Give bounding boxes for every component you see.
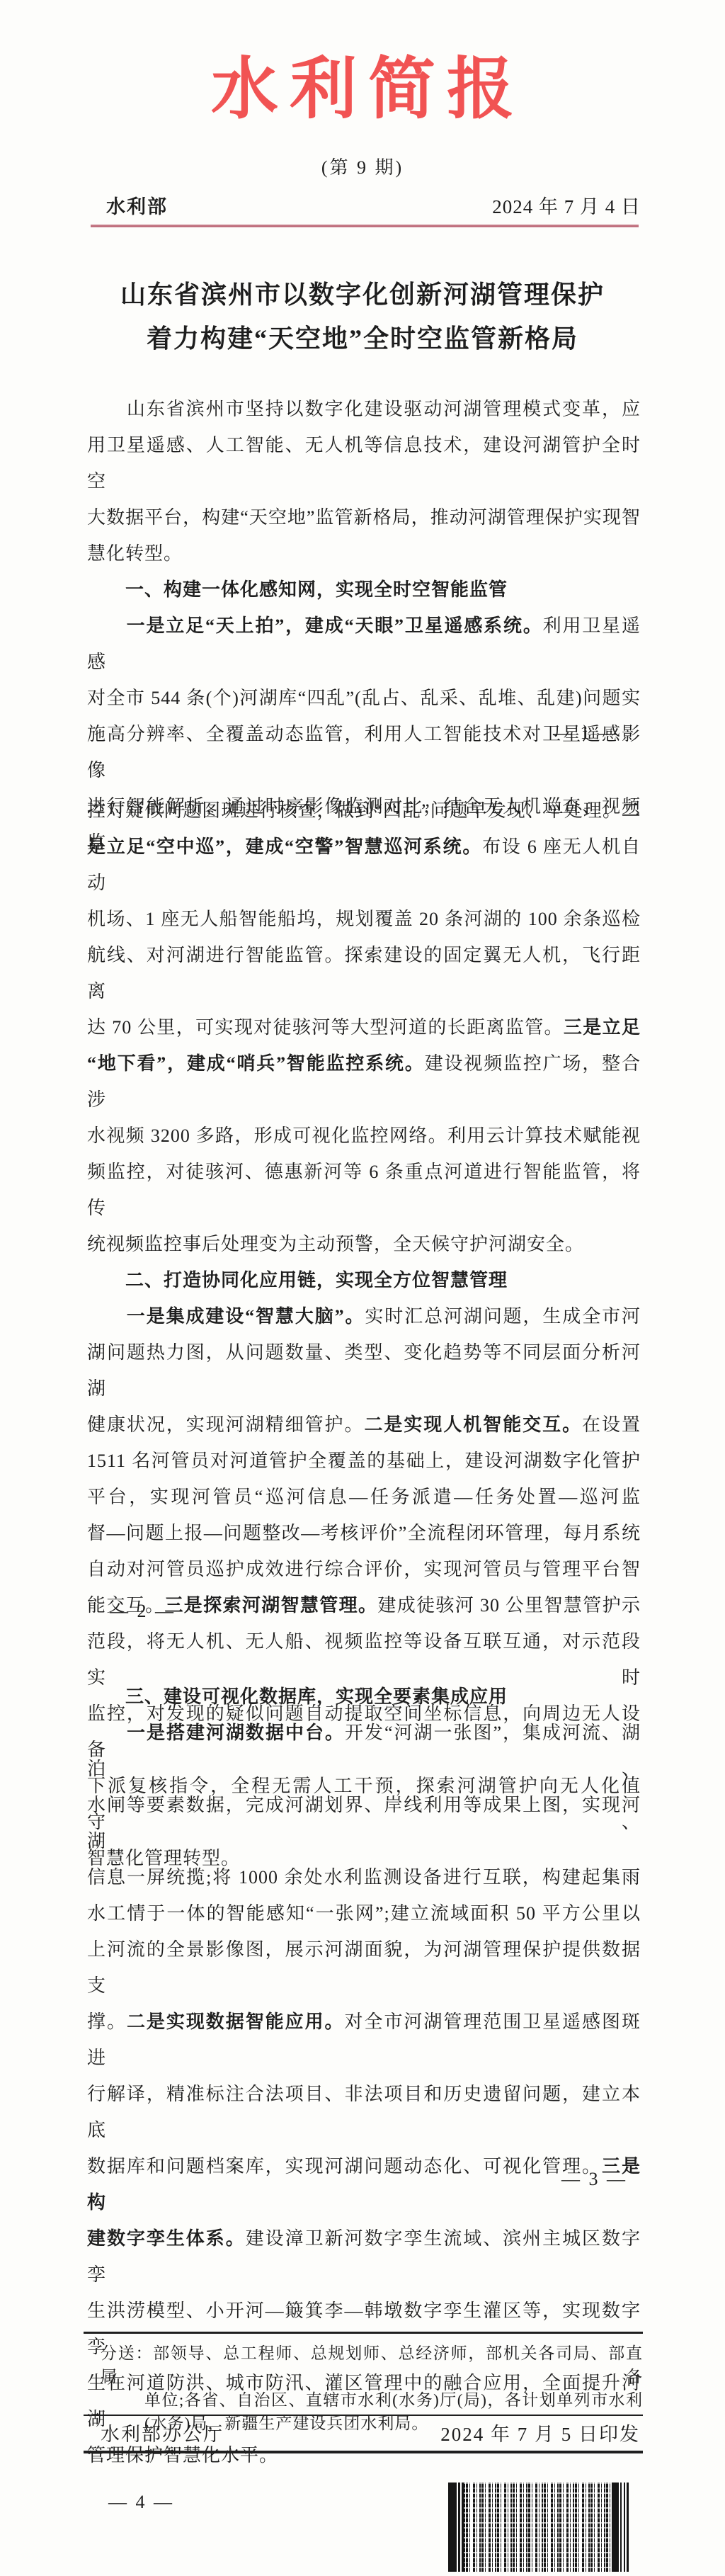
text-line: 数据库和问题档案库，实现河湖问题动态化、可视化管理。三是构 [87, 2148, 641, 2220]
text-line: 统视频监控事后处理变为主动预警，全天候守护河湖安全。 [87, 1226, 641, 1262]
footer-box-middle-line [84, 2415, 643, 2416]
text-line: 三、建设可视化数据库，实现全要素集成应用 [87, 1679, 641, 1715]
distribution-list: 分送：部领导、总工程师、总规划师、总经济师，部机关各司局、部直属各单位;各省、自… [101, 2342, 643, 2435]
text-line: 是立足“空中巡”，建成“空警”智慧巡河系统。布设 6 座无人机自动 [87, 829, 641, 901]
page-number-2: — 2 — [110, 1601, 176, 1622]
text-run: 在设置 [582, 1414, 641, 1435]
article-title-line-2: 着力构建“天空地”全时空监管新格局 [0, 317, 725, 361]
page-1-body-text: 山东省滨州市坚持以数字化建设驱动河湖管理模式变革，应用卫星遥感、人工智能、无人机… [87, 391, 641, 861]
page-number-1: — 1 — [553, 722, 619, 744]
barcode-start-pattern [448, 2483, 464, 2572]
issue-date: 2024 年 7 月 4 日 [492, 191, 641, 219]
bold-text-run: 一、构建一体化感知网，实现全时空智能监管 [125, 579, 508, 600]
text-run: 水闸等要素数据，完成河湖划界、岸线利用等成果上图，实现河湖 [87, 1795, 641, 1851]
text-run [87, 1270, 125, 1290]
text-run: 水视频 3200 多路，形成可视化监控网络。利用云计算技术赋能视 [87, 1125, 641, 1146]
bulletin-page: 水利简报 (第 9 期) 水利部 2024 年 7 月 4 日 山东省滨州市以数… [0, 0, 725, 2576]
bold-text-run: 三是立足 [564, 1017, 641, 1038]
text-line: 航线、对河湖进行智能监管。探索建设的固定翼无人机，飞行距离 [87, 937, 641, 1009]
text-line: 一是集成建设“智慧大脑”。实时汇总河湖问题，生成全市河 [87, 1298, 641, 1334]
text-line: 水工情于一体的智能感知“一张网”;建立流域面积 50 平方公里以 [87, 1895, 641, 1931]
footer-box-bottom-line [84, 2451, 643, 2453]
text-run: 健康状况，实现河湖精细管护。 [87, 1414, 364, 1435]
text-run [87, 1723, 127, 1743]
text-line: 撑。二是实现数据智能应用。对全市河湖管理范围卫星遥感图斑进 [87, 2004, 641, 2076]
text-run: 湖问题热力图，从问题数量、类型、变化趋势等不同层面分析河湖 [87, 1342, 641, 1399]
text-line: 建数字孪生体系。建设漳卫新河数字孪生流域、滨州主城区数字孪 [87, 2220, 641, 2293]
text-line: 1511 名河管员对河道管护全覆盖的基础上，建设河湖数字化管护 [87, 1443, 641, 1479]
bold-text-run: 一是搭建河湖数据中台。 [127, 1723, 345, 1743]
issue-number: (第 9 期) [0, 153, 725, 179]
bold-text-run: 一是集成建设“智慧大脑”。 [127, 1306, 365, 1327]
header-row: 水利部 2024 年 7 月 4 日 [89, 191, 641, 219]
bold-text-run: 二、打造协同化应用链，实现全方位智慧管理 [125, 1270, 508, 1290]
text-line: 大数据平台，构建“天空地”监管新格局，推动河湖管理保护实现智 [87, 499, 641, 535]
text-line: 山东省滨州市坚持以数字化建设驱动河湖管理模式变革，应 [87, 391, 641, 427]
bold-text-run: 建数字孪生体系。 [87, 2228, 246, 2249]
text-line: 健康状况，实现河湖精细管护。二是实现人机智能交互。在设置 [87, 1407, 641, 1443]
text-run: 分送：部领导、总工程师、总规划师、总经济师，部机关各司局、部直属各 [101, 2344, 643, 2385]
text-line: 督—问题上报—问题整改—考核评价”全流程闭环管理，每月系统 [87, 1515, 641, 1551]
text-run: 单位;各省、自治区、直辖市水利(水务)厅(局)，各计划单列市水利 [144, 2391, 643, 2409]
text-run: 建成徒骇河 30 公里智慧管护示 [377, 1595, 641, 1616]
text-line: 水视频 3200 多路，形成可视化监控网络。利用云计算技术赋能视 [87, 1118, 641, 1154]
text-run: 航线、对河湖进行智能监管。探索建设的固定翼无人机，飞行距离 [87, 945, 641, 1002]
text-line: 水闸等要素数据，完成河湖划界、岸线利用等成果上图，实现河湖 [87, 1787, 641, 1859]
bold-text-run: “地下看”，建成“哨兵”智能监控系统。 [87, 1053, 425, 1074]
bold-text-run: 二是实现数据智能应用。 [127, 2012, 345, 2032]
text-line: 频监控，对徒骇河、德惠新河等 6 条重点河道进行智能监管，将传 [87, 1154, 641, 1226]
text-run: 慧化转型。 [87, 543, 183, 564]
footer-box-top-line [84, 2332, 643, 2334]
text-line: 湖问题热力图，从问题数量、类型、变化趋势等不同层面分析河湖 [87, 1334, 641, 1407]
text-run [87, 579, 125, 600]
text-line: 一是搭建河湖数据中台。开发“河湖一张图”，集成河流、湖泊、 [87, 1715, 641, 1787]
text-line: 用卫星遥感、人工智能、无人机等信息技术，建设河湖管护全时空 [87, 427, 641, 499]
text-run: 督—问题上报—问题整改—考核评价”全流程闭环管理，每月系统 [87, 1523, 641, 1543]
text-run: 用卫星遥感、人工智能、无人机等信息技术，建设河湖管护全时空 [87, 435, 641, 492]
issuer-row: 水利部办公厅 2024 年 7 月 5 日印发 [101, 2422, 640, 2446]
red-divider-line [91, 225, 639, 227]
page-number-4: — 4 — [108, 2492, 174, 2513]
text-line: 达 70 公里，可实现对徒骇河等大型河道的长距离监管。三是立足 [87, 1009, 641, 1045]
text-run: 统视频监控事后处理变为主动预警，全天候守护河湖安全。 [87, 1234, 584, 1254]
text-run [87, 1686, 125, 1707]
article-title-line-1: 山东省滨州市以数字化创新河湖管理保护 [0, 273, 725, 317]
text-line: 对全市 544 条(个)河湖库“四乱”(乱占、乱采、乱堆、乱建)问题实 [87, 680, 641, 716]
text-line: 上河流的全景影像图，展示河湖面貌，为河湖管理保护提供数据支 [87, 1931, 641, 2004]
text-line: 信息一屏统揽;将 1000 余处水利监测设备进行互联，构建起集雨 [87, 1859, 641, 1895]
issuing-office: 水利部办公厅 [101, 2422, 224, 2446]
article-title: 山东省滨州市以数字化创新河湖管理保护 着力构建“天空地”全时空监管新格局 [0, 273, 725, 361]
text-line: “地下看”，建成“哨兵”智能监控系统。建设视频监控广场，整合涉 [87, 1045, 641, 1118]
text-run: 行解译，精准标注合法项目、非法项目和历史遗留问题，建立本底 [87, 2084, 641, 2140]
text-run: 自动对河管员巡护成效进行综合评价，实现河管员与管理平台智 [87, 1559, 641, 1579]
text-line: 分送：部领导、总工程师、总规划师、总经济师，部机关各司局、部直属各 [101, 2342, 643, 2388]
text-run: 水工情于一体的智能感知“一张网”;建立流域面积 50 平方公里以 [87, 1903, 641, 1924]
text-line: 单位;各省、自治区、直辖市水利(水务)厅(局)，各计划单列市水利 [101, 2388, 643, 2412]
text-line: 自动对河管员巡护成效进行综合评价，实现河管员与管理平台智 [87, 1551, 641, 1587]
page-number-3: — 3 — [561, 2169, 627, 2190]
text-run: 上河流的全景影像图，展示河湖面貌，为河湖管理保护提供数据支 [87, 1939, 641, 1996]
text-line: 行解译，精准标注合法项目、非法项目和历史遗留问题，建立本底 [87, 2076, 641, 2148]
text-run: 信息一屏统揽;将 1000 余处水利监测设备进行互联，构建起集雨 [87, 1867, 641, 1888]
bold-text-run: 三是探索河湖智慧管理。 [164, 1595, 377, 1616]
bold-text-run: 是立足“空中巡”，建成“空警”智慧巡河系统。 [87, 836, 482, 857]
text-run: 频监控，对徒骇河、德惠新河等 6 条重点河道进行智能监管，将传 [87, 1162, 641, 1218]
bulletin-masthead-title: 水利简报 [0, 35, 725, 132]
bold-text-run: 二是实现人机智能交互。 [364, 1414, 582, 1435]
text-run: 达 70 公里，可实现对徒骇河等大型河道的长距离监管。 [87, 1017, 564, 1038]
barcode-stop-pattern [612, 2483, 629, 2572]
text-run: 管理保护智慧化水平。 [87, 2445, 278, 2466]
text-run: 平台，实现河管员“巡河信息—任务派遣—任务处置—巡河监 [87, 1487, 641, 1507]
issuing-org: 水利部 [89, 191, 168, 219]
text-run: 实时汇总河湖问题，生成全市河 [365, 1306, 641, 1327]
text-line: 平台，实现河管员“巡河信息—任务派遣—任务处置—巡河监 [87, 1479, 641, 1515]
text-line: 机场、1 座无人船智能船坞，规划覆盖 20 条河湖的 100 余条巡检 [87, 901, 641, 937]
text-run: 山东省滨州市坚持以数字化建设驱动河湖管理模式变革，应 [87, 399, 641, 419]
text-run [87, 1306, 127, 1327]
text-run [87, 615, 127, 636]
text-line: 二、打造协同化应用链，实现全方位智慧管理 [87, 1262, 641, 1298]
bold-text-run: 二 [622, 800, 641, 821]
text-line: 一是立足“天上拍”，建成“天眼”卫星遥感系统。利用卫星遥感 [87, 608, 641, 680]
text-run: 大数据平台，构建“天空地”监管新格局，推动河湖管理保护实现智 [87, 507, 641, 528]
barcode [448, 2483, 629, 2572]
text-run: 1511 名河管员对河道管护全覆盖的基础上，建设河湖数字化管护 [87, 1451, 641, 1471]
text-run: 数据库和问题档案库，实现河湖问题动态化、可视化管理。 [87, 2156, 602, 2177]
bold-text-run: 三、建设可视化数据库，实现全要素集成应用 [125, 1686, 508, 1707]
print-date: 2024 年 7 月 5 日印发 [440, 2422, 640, 2446]
text-run: 对全市 544 条(个)河湖库“四乱”(乱占、乱采、乱堆、乱建)问题实 [87, 688, 641, 708]
bold-text-run: 一是立足“天上拍”，建成“天眼”卫星遥感系统。 [127, 615, 543, 636]
text-run: 控对疑似问题图斑进行核查，做到“四乱”问题早发现、早处理。 [87, 800, 622, 821]
text-line: 一、构建一体化感知网，实现全时空智能监管 [87, 572, 641, 608]
text-line: 慧化转型。 [87, 535, 641, 572]
text-line: 控对疑似问题图斑进行核查，做到“四乱”问题早发现、早处理。二 [87, 793, 641, 829]
text-run: 机场、1 座无人船智能船坞，规划覆盖 20 条河湖的 100 余条巡检 [87, 909, 641, 929]
text-run: 撑。 [87, 2012, 127, 2032]
